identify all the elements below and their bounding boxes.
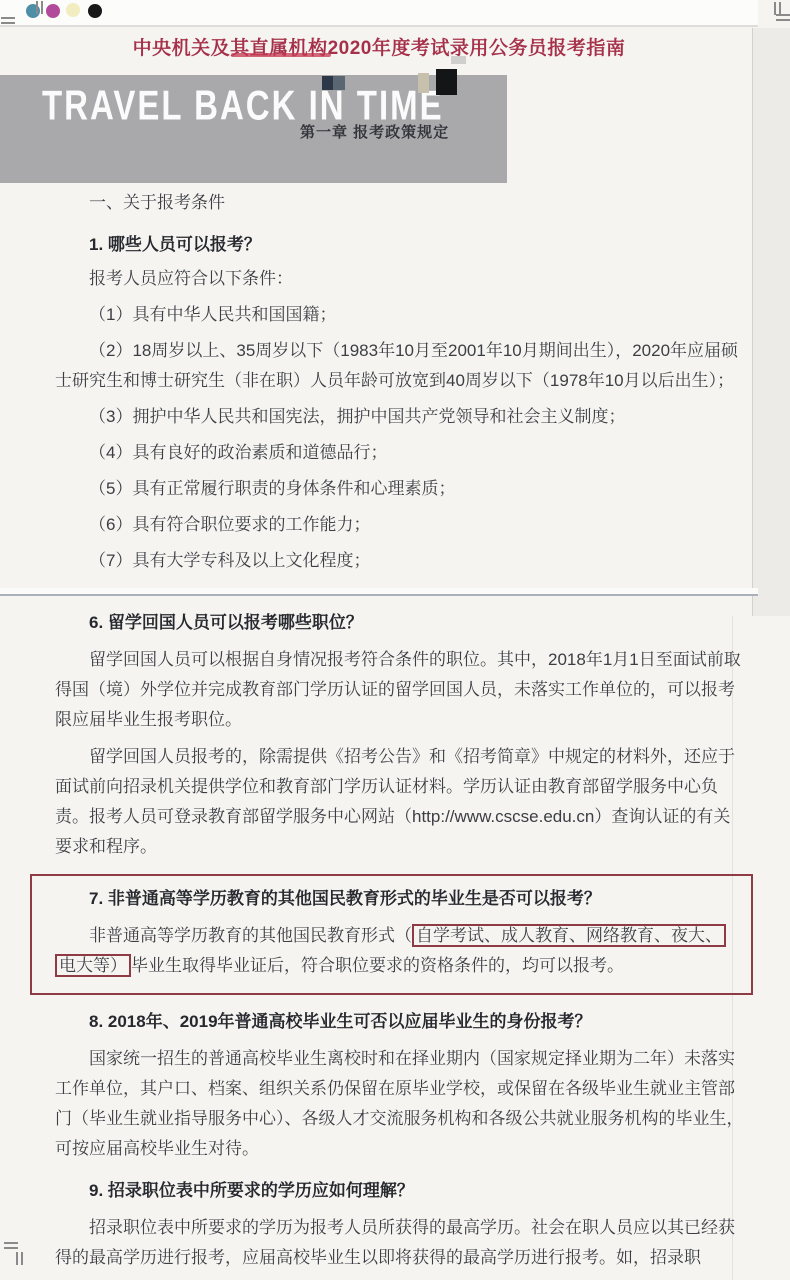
condition-item-5: （5）具有正常履行职责的身体条件和心理素质；	[55, 474, 745, 504]
screenshot-stitch-seam	[0, 588, 758, 596]
red-boxed-phrase-1: 自学考试、成人教育、网络教育、夜大、	[412, 924, 726, 947]
condition-item-6: （6）具有符合职位要求的工作能力；	[55, 510, 745, 540]
answer-prefix: 非普通高等学历教育的其他国民教育形式（	[89, 926, 412, 945]
question-1-intro: 报考人员应符合以下条件：	[55, 264, 745, 294]
question-7-heading: 7. 非普通高等学历教育的其他国民教育形式的毕业生是否可以报考？	[55, 884, 741, 914]
window-dot-black-icon[interactable]	[88, 4, 102, 18]
document-title: 中央机关及其直属机构2020年度考试录用公务员报考指南	[0, 33, 758, 60]
page-right-margin	[753, 28, 790, 616]
question-6-paragraph-1: 留学回国人员可以根据自身情况报考符合条件的职位。其中，2018年1月1日至面试前…	[55, 645, 745, 735]
watermark-band: TRAVEL BACK IN TIME 第一章 报考政策规定	[0, 75, 507, 183]
gray-smudge-mark	[451, 56, 466, 64]
condition-item-7: （7）具有大学专科及以上文化程度；	[55, 546, 745, 576]
thumbnail-square-slate	[333, 76, 345, 90]
red-annotation-box: 7. 非普通高等学历教育的其他国民教育形式的毕业生是否可以报考？ 非普通高等学历…	[30, 874, 753, 995]
question-9-heading: 9. 招录职位表中所要求的学历应如何理解？	[55, 1176, 745, 1206]
question-8-paragraph: 国家统一招生的普通高校毕业生离校时和在择业期内（国家规定择业期为二年）未落实工作…	[55, 1044, 745, 1164]
condition-item-4: （4）具有良好的政治素质和道德品行；	[55, 438, 745, 468]
window-dot-magenta-icon[interactable]	[46, 4, 60, 18]
question-9-paragraph: 招录职位表中所要求的学历为报考人员所获得的最高学历。社会在职人员应以其已经获得的…	[55, 1213, 745, 1273]
window-titlebar	[0, 0, 758, 27]
condition-item-1: （1）具有中华人民共和国国籍；	[55, 300, 745, 330]
question-6-heading: 6. 留学回国人员可以报考哪些职位？	[55, 608, 745, 638]
thumbnail-square-black	[436, 69, 457, 95]
section-heading-conditions: 一、关于报考条件	[55, 188, 745, 218]
answer-suffix: 毕业生取得毕业证后，符合职位要求的资格条件的，均可以报考。	[131, 956, 624, 975]
question-6-paragraph-2: 留学回国人员报考的，除需提供《招考公告》和《招考简章》中规定的材料外，还应于面试…	[55, 742, 745, 862]
thumbnail-square-navy	[322, 76, 333, 90]
condition-item-3: （3）拥护中华人民共和国宪法，拥护中国共产党领导和社会主义制度；	[55, 402, 745, 432]
red-underline-annotation	[231, 53, 331, 57]
question-7-answer: 非普通高等学历教育的其他国民教育形式（自学考试、成人教育、网络教育、夜大、电大等…	[55, 921, 741, 981]
question-8-heading: 8. 2018年、2019年普通高校毕业生可否以应届毕业生的身份报考？	[55, 1007, 745, 1037]
page-edge-line-upper	[752, 28, 753, 616]
thumbnail-square-beige	[418, 73, 429, 93]
corner-registration-mark-left	[1, 17, 15, 27]
question-1-heading: 1. 哪些人员可以报考？	[55, 230, 745, 260]
corner-registration-mark-bottom-left-v	[16, 1252, 26, 1270]
chapter-heading: 第一章 报考政策规定	[300, 121, 449, 142]
red-boxed-phrase-2: 电大等）	[55, 954, 131, 977]
window-dot-yellow-icon[interactable]	[66, 3, 80, 17]
document-photo-page: { "window": { "dot_colors": { "cyan": "#…	[0, 0, 790, 1280]
document-body: 一、关于报考条件 1. 哪些人员可以报考？ 报考人员应符合以下条件： （1）具有…	[55, 188, 745, 1273]
corner-registration-mark-right	[776, 14, 790, 24]
corner-registration-mark-top-left	[36, 1, 46, 19]
condition-item-2: （2）18周岁以上、35周岁以下（1983年10月至2001年10月期间出生），…	[55, 336, 745, 396]
corner-registration-mark-bottom-left-h	[4, 1242, 18, 1252]
